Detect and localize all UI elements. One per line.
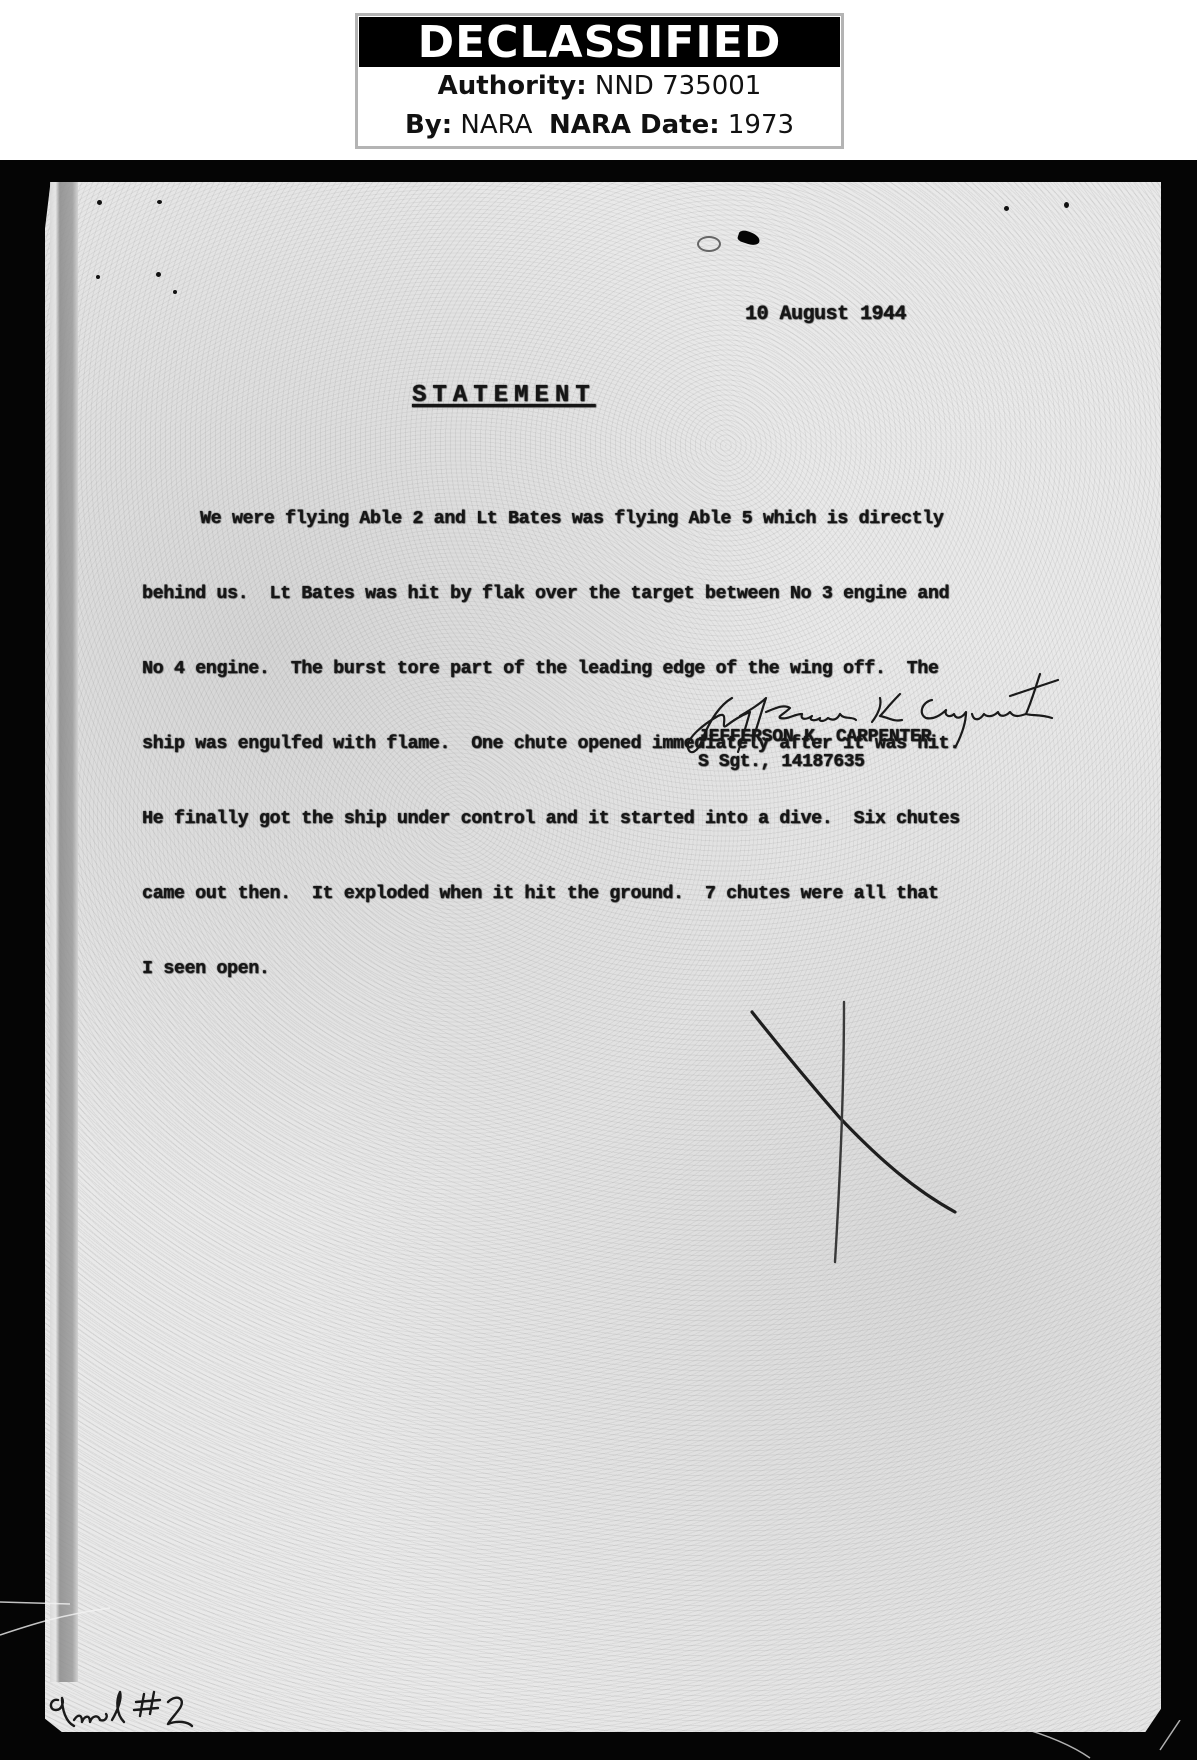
film-scratch: [0, 1560, 200, 1660]
signatory-name: JEFFERSON K. CARPENTER: [698, 727, 931, 747]
stamp-heading: DECLASSIFIED: [359, 17, 840, 67]
handwritten-note-incl-2: [40, 1680, 240, 1740]
speck: [1004, 206, 1009, 211]
speck: [97, 200, 102, 205]
stamp-by-label: By:: [405, 110, 452, 140]
stamp-by-line: By: NARA NARA Date: 1973: [358, 110, 841, 140]
body-line: We were flying Able 2 and Lt Bates was f…: [142, 507, 1062, 532]
body-line: He finally got the ship under control an…: [142, 807, 1062, 832]
stamp-by-value: NARA: [460, 110, 532, 140]
speck: [96, 275, 100, 279]
stamp-date-label: NARA Date:: [549, 110, 720, 140]
body-line: behind us. Lt Bates was hit by flak over…: [142, 582, 1062, 607]
handwritten-x-mark: [720, 980, 980, 1280]
body-line: I seen open.: [142, 957, 1062, 982]
stamp-date-value: 1973: [728, 110, 794, 140]
speck: [157, 200, 162, 204]
stamp-authority-label: Authority:: [438, 71, 587, 101]
film-scratch: [1000, 1720, 1197, 1760]
speck: [173, 290, 177, 294]
speck: [156, 272, 161, 277]
stamp-authority-line: Authority: NND 735001: [358, 71, 841, 101]
stamp-authority-value: NND 735001: [595, 71, 761, 101]
signatory-rank-serial: S Sgt., 14187635: [698, 752, 864, 772]
document-title: STATEMENT: [412, 382, 596, 409]
page-edge-shadow: [50, 182, 78, 1682]
document-date: 10 August 1944: [745, 303, 906, 326]
declassified-stamp: DECLASSIFIED Authority: NND 735001 By: N…: [355, 13, 844, 149]
paper-stain: [697, 236, 721, 252]
speck: [1064, 202, 1069, 208]
body-line: came out then. It exploded when it hit t…: [142, 882, 1062, 907]
